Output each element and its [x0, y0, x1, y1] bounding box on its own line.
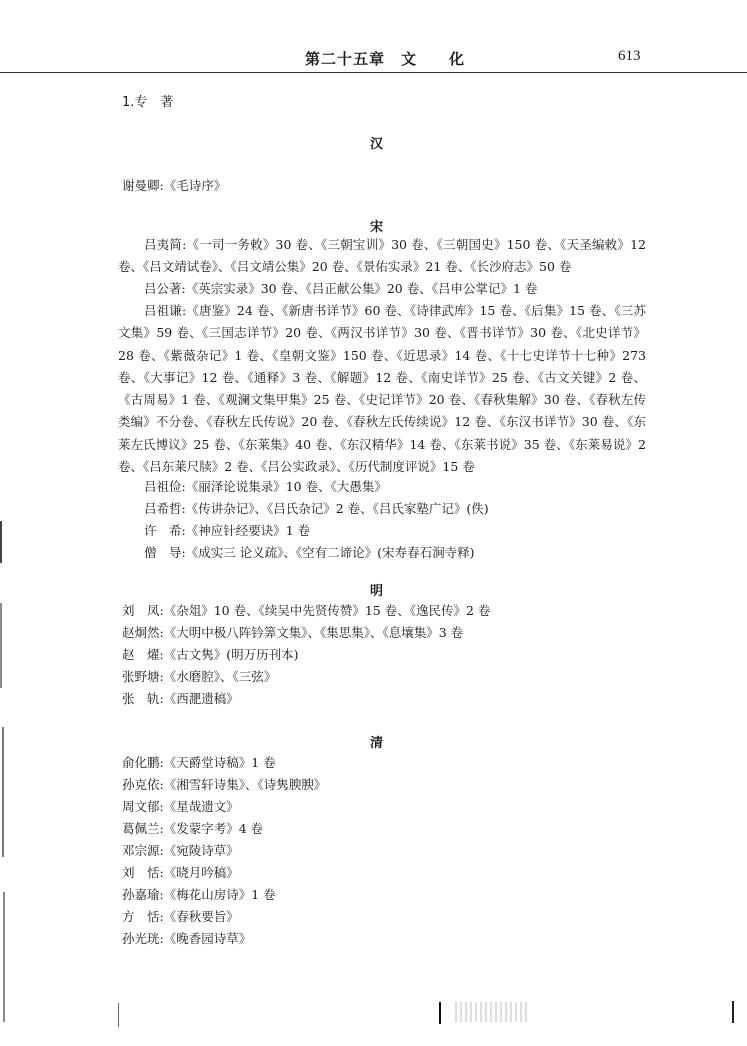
entry: 周文郁:《星哉遗文》: [122, 796, 644, 818]
scan-edge-mark: [439, 1002, 441, 1024]
entry: 吕祖俭:《丽泽论说集录》10 卷、《大愚集》: [144, 476, 666, 498]
entry: 邓宗源:《宛陵诗草》: [122, 840, 644, 862]
entry: 张野塘:《水磨腔》、《三弦》: [122, 666, 644, 688]
scan-edge-mark: [0, 521, 2, 563]
entry: 俞化鹏:《天爵堂诗稿》1 卷: [122, 752, 644, 774]
page-number: 613: [618, 48, 641, 65]
entry: 孙嘉瑜:《梅花山房诗》1 卷: [122, 884, 644, 906]
dynasty-heading-qing: 清: [0, 732, 747, 751]
entry: 僧 导:《成实三 论义疏》、《空有二谛论》(宋寿春石涧寺释): [144, 542, 666, 564]
scan-edge-mark: [0, 603, 2, 688]
entry: 葛佩兰:《发蒙字考》4 卷: [122, 818, 644, 840]
entry: 张 轨:《西淝遗稿》: [122, 688, 644, 710]
entry: 方 恬:《春秋要旨》: [122, 906, 644, 928]
entry: 刘 凤:《杂俎》10 卷、《续吴中先贤传赞》15 卷、《逸民传》2 卷: [122, 600, 644, 622]
running-header: 第二十五章 文 化 613: [0, 46, 747, 76]
entry: 赵 燿:《古文隽》(明万历刊本): [122, 644, 644, 666]
dynasty-heading-ming: 明: [0, 580, 747, 599]
entry: 刘 恬:《晓月吟稿》: [122, 862, 644, 884]
scan-edge-mark: [2, 727, 4, 857]
entry: 许 希:《神应针经要诀》1 卷: [144, 520, 666, 542]
scan-edge-mark: [3, 892, 5, 1022]
dynasty-heading-song: 宋: [0, 216, 747, 235]
entry: 赵炯然:《大明中极八阵钤筭文集》、《集思集》、《息壤集》3 卷: [122, 622, 644, 644]
entry: 吕希哲:《传讲杂记》、《吕氏杂记》2 卷、《吕氏家塾广记》(佚): [144, 498, 666, 520]
scan-edge-mark: [118, 1003, 119, 1027]
entry: 吕夷简:《一司一务敕》30 卷、《三朝宝训》30 卷、《三朝国史》150 卷、《…: [118, 234, 646, 279]
scan-noise: [455, 1002, 530, 1022]
dynasty-heading-han: 汉: [0, 133, 747, 152]
entry: 孙克依:《湘雪轩诗集》、《诗隽腴腴》: [122, 774, 644, 796]
scan-edge-mark: [732, 1001, 734, 1023]
chapter-title: 第二十五章 文 化: [305, 48, 465, 69]
header-rule: [0, 72, 747, 73]
entry: 孙光珖:《晚香园诗草》: [122, 928, 644, 950]
entry: 吕公著:《英宗实录》30 卷、《吕正献公集》20 卷、《吕申公掌记》1 卷: [144, 278, 666, 300]
entry: 吕祖谦:《唐鉴》24 卷、《新唐书详节》60 卷、《诗律武库》15 卷、《后集》…: [118, 300, 646, 478]
section-heading: 1.专 著: [122, 91, 173, 110]
entry: 谢曼卿:《毛诗序》: [122, 175, 644, 197]
